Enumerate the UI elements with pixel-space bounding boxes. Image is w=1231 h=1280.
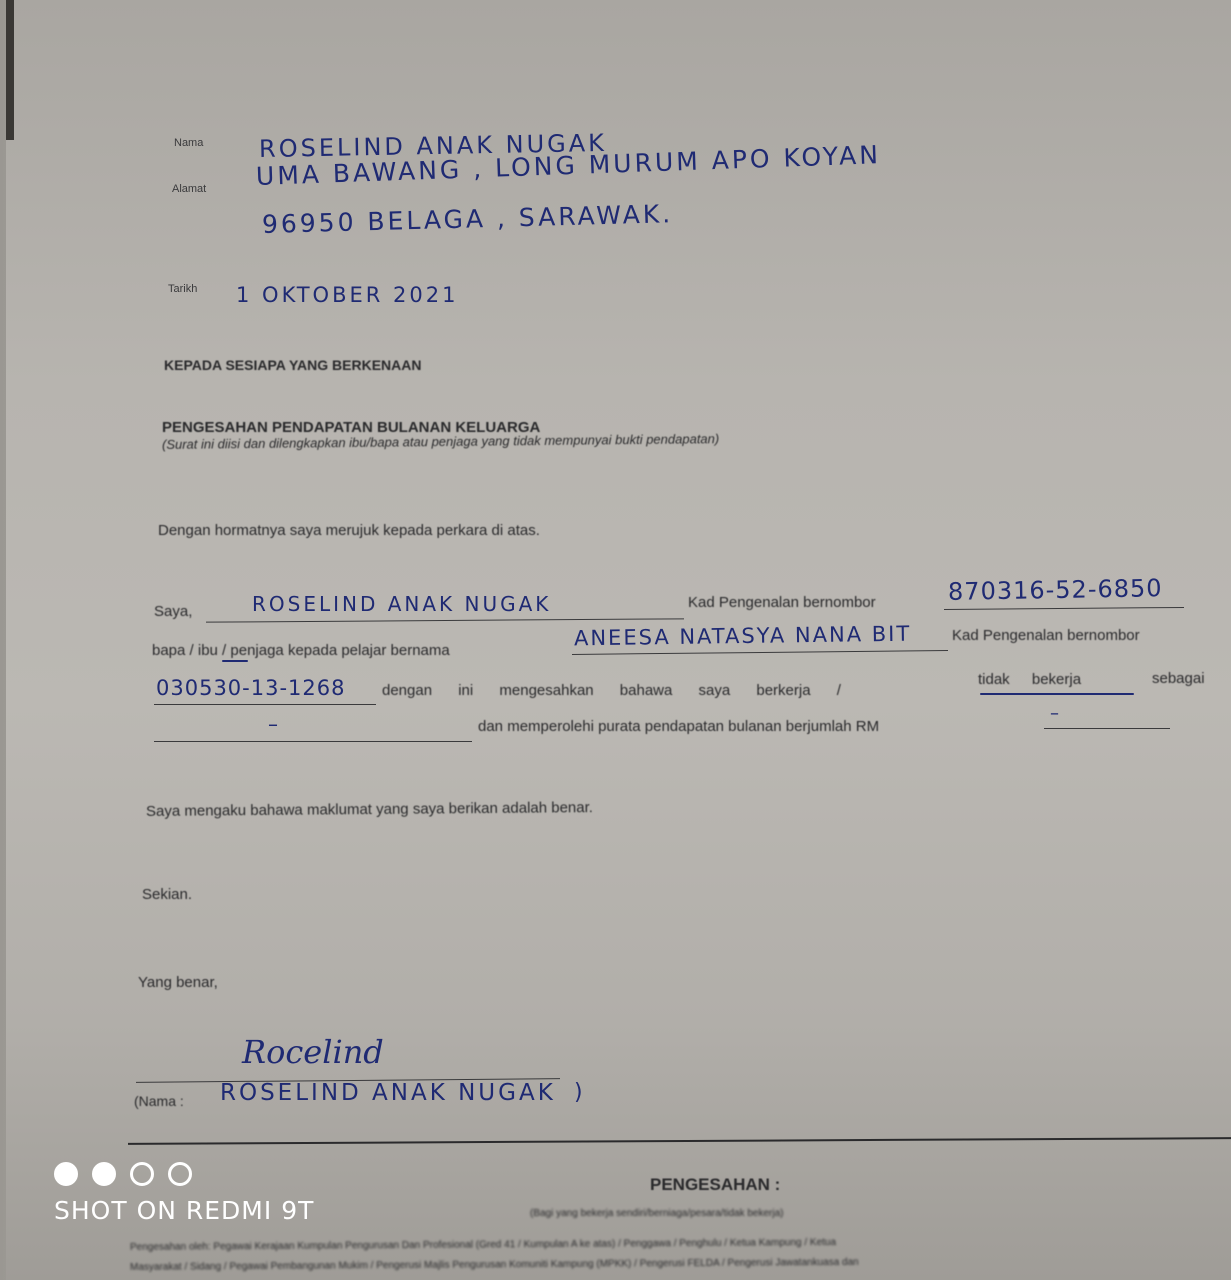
ic-underline-1 [944, 607, 1184, 610]
signature: Rocelind [242, 1033, 384, 1071]
sign-name-value: ROSELIND ANAK NUGAK [220, 1080, 556, 1106]
watermark-dot-icon [92, 1162, 116, 1186]
relation-selected-underline [222, 660, 248, 662]
salutation: KEPADA SESIAPA YANG BERKENAAN [164, 357, 422, 373]
sign-name-close: ) [574, 1080, 586, 1105]
nama-label: Nama [174, 137, 203, 149]
saya-value: ROSELIND ANAK NUGAK [252, 592, 551, 616]
tarikh-value: 1 OKTOBER 2021 [236, 283, 458, 307]
watermark-dot-icon [130, 1162, 154, 1186]
ic-label-2: Kad Pengenalan bernombor [952, 627, 1140, 644]
camera-watermark: SHOT ON REDMI 9T [54, 1162, 314, 1225]
alamat-label: Alamat [172, 183, 206, 195]
alamat-line-2: 96950 BELAGA , SARAWAK. [262, 199, 674, 239]
saya-label: Saya, [154, 603, 192, 620]
relation-text: bapa / ibu / penjaga kepada pelajar bern… [152, 642, 450, 659]
student-name: ANEESA NATASYA NANA BIT [574, 622, 912, 651]
closing-text: Sekian. [142, 886, 192, 903]
declaration-text: Saya mengaku bahawa maklumat yang saya b… [146, 799, 593, 820]
intro-text: Dengan hormatnya saya merujuk kepada per… [158, 522, 540, 539]
saya-underline [206, 618, 684, 622]
ic-value-1: 870316-52-6850 [948, 574, 1163, 606]
income-text: dan memperolehi purata pendapatan bulana… [478, 718, 879, 735]
occupation-value: – [268, 712, 281, 736]
ic-label-1: Kad Pengenalan bernombor [688, 594, 876, 611]
not-working-underline [980, 693, 1134, 695]
sebagai-text: sebagai [1152, 670, 1205, 687]
endorsement-line-2: Masyarakat / Sidang / Pegawai Pembanguna… [130, 1257, 859, 1273]
income-value: – [1050, 703, 1062, 724]
tarikh-label: Tarikh [168, 283, 197, 295]
endorsement-note: (Bagi yang bekerja sendiri/berniaga/pesa… [530, 1208, 783, 1219]
student-underline [572, 650, 948, 655]
ic-underline-2 [154, 704, 376, 705]
section-divider [128, 1137, 1231, 1145]
ic-value-2: 030530-13-1268 [156, 676, 346, 700]
watermark-text: SHOT ON REDMI 9T [54, 1196, 314, 1225]
paper-edge-shadow [6, 0, 14, 140]
sign-off-text: Yang benar, [138, 974, 218, 991]
paper-sheet: Nama ROSELIND ANAK NUGAK Alamat UMA BAWA… [6, 0, 1231, 1280]
occupation-underline [154, 741, 472, 742]
watermark-dot-icon [54, 1162, 78, 1186]
sign-name-label: (Nama : [134, 1093, 184, 1109]
watermark-dots [54, 1162, 314, 1186]
not-working-text: tidak bekerja [978, 671, 1081, 688]
watermark-dot-icon [168, 1162, 192, 1186]
endorsement-line-1: Pengesahan oleh: Pegawai Kerajaan Kumpul… [130, 1237, 836, 1253]
income-underline [1044, 728, 1170, 729]
endorsement-heading: PENGESAHAN : [650, 1175, 780, 1195]
confirm-text: dengan ini mengesahkan bahawa saya berke… [382, 682, 841, 699]
